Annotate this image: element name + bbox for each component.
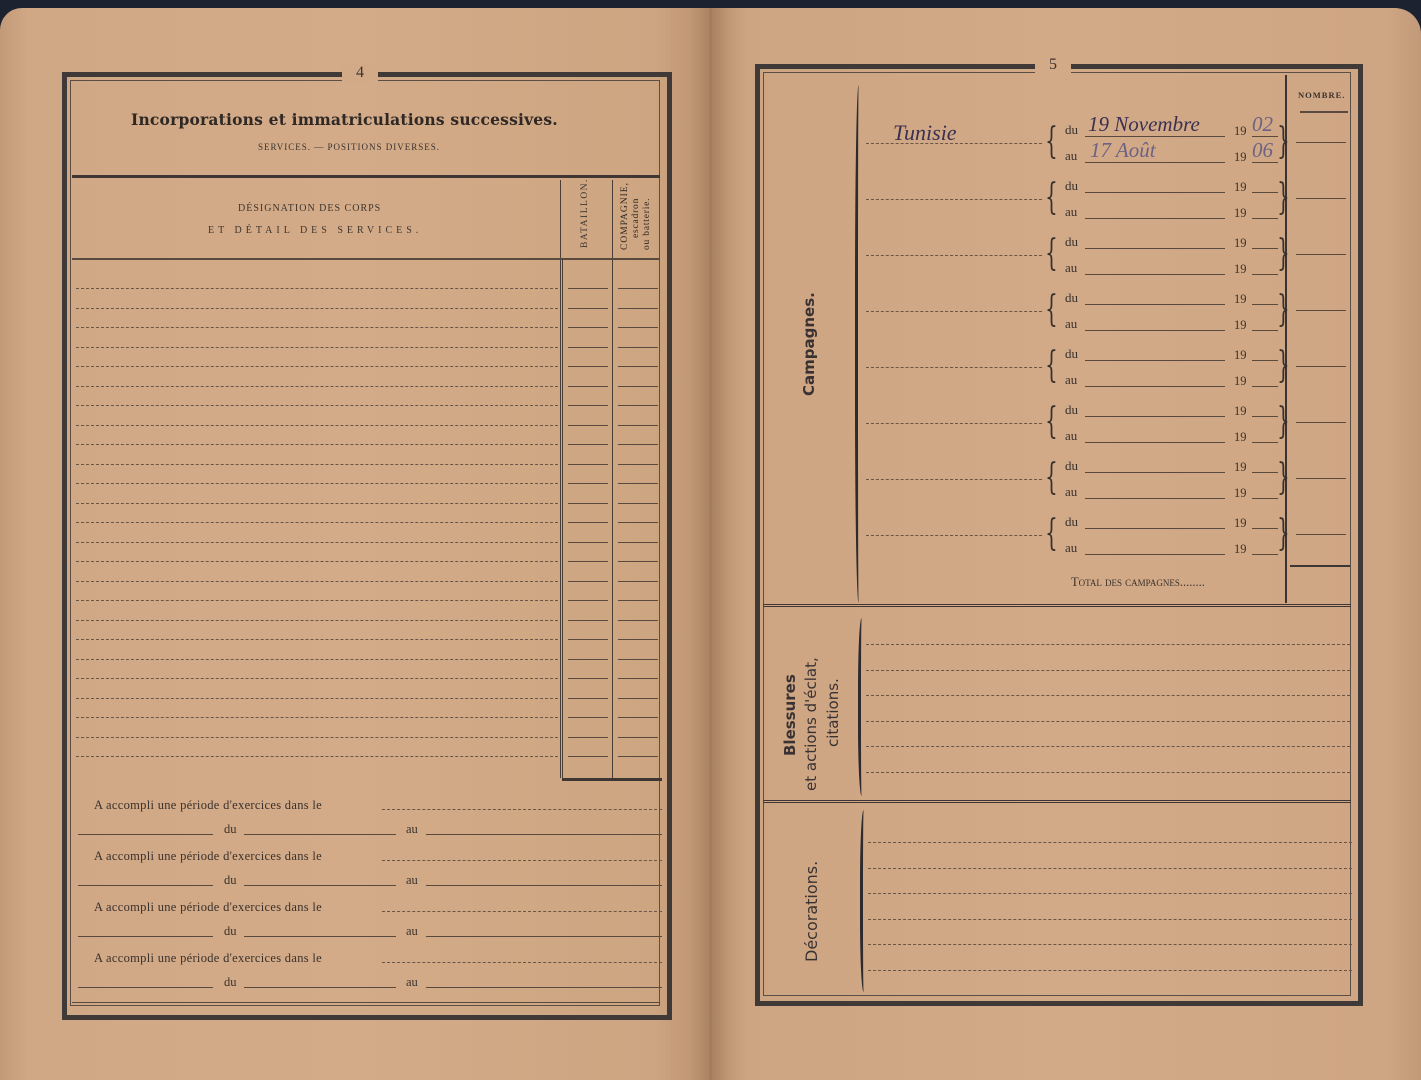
campaign-nombre-field[interactable] (1296, 422, 1346, 423)
au-year-prefix: 19 (1234, 542, 1247, 557)
au-year-field[interactable] (1252, 330, 1278, 331)
exercise-au-label: au (406, 924, 418, 939)
campaign-nombre-field[interactable] (1296, 478, 1346, 479)
du-label: du (1065, 458, 1078, 474)
row-rule-compagnie (618, 620, 658, 621)
total-campagnes-label: Total des campagnes........ (1071, 575, 1205, 590)
exercise-period-text: A accompli une période d'exercices dans … (94, 798, 322, 813)
row-rule-designation (76, 600, 558, 601)
campaign-entry: {du19au19} (0, 400, 1421, 452)
row-rule-designation (76, 717, 558, 718)
du-label: du (1065, 290, 1078, 306)
au-date-field[interactable] (1085, 442, 1225, 443)
exercise-du-label: du (224, 873, 237, 888)
open-brace-icon: { (1045, 292, 1058, 328)
table-row[interactable] (74, 592, 660, 610)
table-row[interactable] (74, 651, 660, 669)
du-year-prefix: 19 (1234, 404, 1247, 419)
close-brace-icon: } (1277, 292, 1290, 328)
du-label: du (1065, 402, 1078, 418)
close-brace-icon: } (1277, 460, 1290, 496)
campaign-nombre-field[interactable] (1296, 198, 1346, 199)
du-year-prefix: 19 (1234, 348, 1247, 363)
exercise-unit-field-cont[interactable] (78, 834, 213, 835)
row-rule-compagnie (618, 678, 658, 679)
row-rule-compagnie (618, 737, 658, 738)
du-year-field[interactable] (1252, 416, 1278, 417)
campaign-entry: {du19au19} (0, 512, 1421, 564)
au-year-field[interactable] (1252, 274, 1278, 275)
table-row[interactable] (74, 631, 660, 649)
row-rule-compagnie (618, 659, 658, 660)
exercise-unit-field[interactable] (382, 809, 662, 810)
close-brace-icon: } (1277, 180, 1290, 216)
du-year-prefix: 19 (1234, 180, 1247, 195)
blessures-entry-line[interactable] (866, 721, 1350, 722)
au-label: au (1065, 204, 1077, 220)
au-date-field[interactable] (1085, 274, 1225, 275)
exercise-au-field[interactable] (426, 987, 662, 988)
decorations-entry-line[interactable] (868, 868, 1352, 869)
page-number-right: 5 (1035, 56, 1071, 74)
du-year-field[interactable] (1252, 192, 1278, 193)
au-year-prefix: 19 (1234, 430, 1247, 445)
au-year-prefix: 19 (1234, 374, 1247, 389)
exercise-du-label: du (224, 975, 237, 990)
row-rule-designation (76, 639, 558, 640)
row-rule-compagnie (618, 698, 658, 699)
row-rule-compagnie (618, 639, 658, 640)
table-row[interactable] (74, 748, 660, 766)
table-row[interactable] (74, 729, 660, 747)
du-label: du (1065, 234, 1078, 250)
row-rule-compagnie (618, 717, 658, 718)
exercise-du-field[interactable] (244, 885, 396, 886)
du-label: du (1065, 514, 1078, 530)
au-year-field[interactable] (1252, 554, 1278, 555)
campaign-place-rule (866, 255, 1042, 256)
blessures-entry-line[interactable] (866, 746, 1350, 747)
bottom-inner-rule (72, 1002, 660, 1003)
au-date: 17 Août (1090, 138, 1156, 163)
du-date-field[interactable] (1085, 472, 1225, 473)
du-date-field[interactable] (1085, 360, 1225, 361)
exercise-du-field[interactable] (244, 936, 396, 937)
exercise-du-field[interactable] (244, 987, 396, 988)
du-label: du (1065, 122, 1078, 138)
exercise-period-text: A accompli une période d'exercices dans … (94, 849, 322, 864)
row-rule-bataillon (568, 620, 608, 621)
row-rule-bataillon (568, 737, 608, 738)
campaign-place-rule (866, 143, 1042, 144)
au-date-field[interactable] (1085, 498, 1225, 499)
row-rule-designation (76, 678, 558, 679)
total-nombre-rule (1290, 565, 1350, 567)
campaign-place-rule (866, 311, 1042, 312)
au-year-prefix: 19 (1234, 150, 1247, 165)
row-rule-bataillon (568, 600, 608, 601)
open-brace-icon: { (1045, 180, 1058, 216)
au-year-prefix: 19 (1234, 318, 1247, 333)
campaign-place-rule (866, 199, 1042, 200)
exercise-au-field[interactable] (426, 834, 662, 835)
au-year-field[interactable] (1252, 386, 1278, 387)
au-label: au (1065, 484, 1077, 500)
du-year-field[interactable] (1252, 304, 1278, 305)
au-year-prefix: 19 (1234, 206, 1247, 221)
exercise-unit-field[interactable] (382, 911, 662, 912)
row-rule-bataillon (568, 698, 608, 699)
row-rule-designation (76, 698, 558, 699)
au-label: au (1065, 260, 1077, 276)
campaign-entry: Tunisie{du19 Novembre1902au17 Août1906} (0, 120, 1421, 172)
au-year-prefix: 19 (1234, 486, 1247, 501)
du-date-field[interactable] (1085, 416, 1225, 417)
au-year-prefix: 19 (1234, 262, 1247, 277)
exercise-period: A accompli une période d'exercices dans … (0, 849, 700, 899)
row-rule-designation (76, 659, 558, 660)
blessures-entry-line[interactable] (866, 772, 1350, 773)
open-brace-icon: { (1045, 348, 1058, 384)
nombre-header-rule (1300, 111, 1348, 113)
du-year-prefix: 19 (1234, 124, 1247, 139)
row-rule-bataillon (568, 756, 608, 757)
row-rule-bataillon (568, 581, 608, 582)
blessures-section-bottom-rule (763, 800, 1351, 803)
table-row[interactable] (74, 573, 660, 591)
du-year-field[interactable] (1252, 248, 1278, 249)
open-brace-icon: { (1045, 124, 1058, 160)
row-rule-designation (76, 620, 558, 621)
row-rule-bataillon (568, 659, 608, 660)
row-rule-designation (76, 581, 558, 582)
row-rule-bataillon (568, 717, 608, 718)
exercise-period-text: A accompli une période d'exercices dans … (94, 951, 322, 966)
decorations-entry-line[interactable] (868, 919, 1352, 920)
campaign-nombre-field[interactable] (1296, 142, 1346, 143)
close-brace-icon: } (1277, 404, 1290, 440)
decorations-entry-line[interactable] (868, 893, 1352, 894)
du-year-field[interactable] (1252, 472, 1278, 473)
table-row[interactable] (74, 670, 660, 688)
campaign-place-rule (866, 535, 1042, 536)
du-date-field[interactable] (1085, 248, 1225, 249)
open-brace-icon: { (1045, 516, 1058, 552)
au-label: au (1065, 540, 1077, 556)
row-rule-designation (76, 737, 558, 738)
du-date-field[interactable] (1085, 528, 1225, 529)
au-label: au (1065, 372, 1077, 388)
exercise-unit-field-cont[interactable] (78, 987, 213, 988)
close-brace-icon: } (1277, 124, 1290, 160)
campaign-place-rule (866, 423, 1042, 424)
table-row[interactable] (74, 612, 660, 630)
du-year-prefix: 19 (1234, 292, 1247, 307)
du-date-field[interactable] (1085, 192, 1225, 193)
du-date-field[interactable] (1085, 304, 1225, 305)
au-year: 06 (1252, 138, 1273, 163)
campaign-entry: {du19au19} (0, 232, 1421, 284)
close-brace-icon: } (1277, 516, 1290, 552)
du-date: 19 Novembre (1088, 112, 1200, 137)
decorations-bracket (860, 810, 869, 992)
du-label: du (1065, 178, 1078, 194)
decorations-entry-line[interactable] (868, 944, 1352, 945)
au-date-field[interactable] (1085, 386, 1225, 387)
exercise-au-label: au (406, 975, 418, 990)
du-year: 02 (1252, 112, 1273, 137)
campaign-entry: {du19au19} (0, 288, 1421, 340)
blessures-label-line2: et actions d'éclat, (802, 657, 820, 791)
decorations-entry-line[interactable] (868, 842, 1352, 843)
exercise-unit-field-cont[interactable] (78, 885, 213, 886)
page-number-left: 4 (342, 64, 378, 82)
decorations-entry-line[interactable] (868, 970, 1352, 971)
campaign-entry: {du19au19} (0, 456, 1421, 508)
campaign-place-rule (866, 367, 1042, 368)
exercise-unit-field-cont[interactable] (78, 936, 213, 937)
decorations-label: Décorations. (802, 861, 821, 962)
exercise-period: A accompli une période d'exercices dans … (0, 951, 700, 1001)
blessures-entry-line[interactable] (866, 644, 1350, 645)
blessures-label-line1: Blessures (781, 674, 799, 756)
au-year-field[interactable] (1252, 442, 1278, 443)
exercise-au-label: au (406, 822, 418, 837)
campaign-place-rule (866, 479, 1042, 480)
du-year-field[interactable] (1252, 360, 1278, 361)
table-row[interactable] (74, 690, 660, 708)
exercise-unit-field[interactable] (382, 962, 662, 963)
exercise-period-text: A accompli une période d'exercices dans … (94, 900, 322, 915)
du-label: du (1065, 346, 1078, 362)
close-brace-icon: } (1277, 348, 1290, 384)
exercise-du-field[interactable] (244, 834, 396, 835)
open-brace-icon: { (1045, 236, 1058, 272)
du-year-prefix: 19 (1234, 236, 1247, 251)
close-brace-icon: } (1277, 236, 1290, 272)
au-date-field[interactable] (1085, 218, 1225, 219)
campaign-entry: {du19au19} (0, 344, 1421, 396)
exercise-period: A accompli une période d'exercices dans … (0, 798, 700, 848)
du-year-prefix: 19 (1234, 460, 1247, 475)
table-bottom-rule (562, 778, 662, 781)
au-label: au (1065, 148, 1077, 164)
exercise-unit-field[interactable] (382, 860, 662, 861)
campagnes-section-bottom-rule (763, 604, 1351, 607)
blessures-entry-line[interactable] (866, 695, 1350, 696)
du-year-prefix: 19 (1234, 516, 1247, 531)
au-label: au (1065, 316, 1077, 332)
row-rule-compagnie (618, 756, 658, 757)
open-brace-icon: { (1045, 460, 1058, 496)
au-date-field[interactable] (1085, 330, 1225, 331)
campaign-nombre-field[interactable] (1296, 534, 1346, 535)
exercise-du-label: du (224, 822, 237, 837)
exercise-du-label: du (224, 924, 237, 939)
row-rule-bataillon (568, 678, 608, 679)
row-rule-compagnie (618, 581, 658, 582)
row-rule-bataillon (568, 639, 608, 640)
exercise-au-label: au (406, 873, 418, 888)
campaign-nombre-field[interactable] (1296, 366, 1346, 367)
campaign-nombre-field[interactable] (1296, 254, 1346, 255)
open-brace-icon: { (1045, 404, 1058, 440)
blessures-label-line3: citations. (824, 678, 842, 747)
au-year-field[interactable] (1252, 498, 1278, 499)
campaign-entry: {du19au19} (0, 176, 1421, 228)
campaign-nombre-field[interactable] (1296, 310, 1346, 311)
au-label: au (1065, 428, 1077, 444)
table-row[interactable] (74, 709, 660, 727)
au-date-field[interactable] (1085, 554, 1225, 555)
row-rule-designation (76, 756, 558, 757)
au-year-field[interactable] (1252, 218, 1278, 219)
row-rule-compagnie (618, 600, 658, 601)
exercise-period: A accompli une période d'exercices dans … (0, 900, 700, 950)
du-year-field[interactable] (1252, 528, 1278, 529)
nombre-header: Nombre. (1298, 90, 1345, 100)
blessures-entry-line[interactable] (866, 670, 1350, 671)
exercise-au-field[interactable] (426, 936, 662, 937)
exercise-au-field[interactable] (426, 885, 662, 886)
